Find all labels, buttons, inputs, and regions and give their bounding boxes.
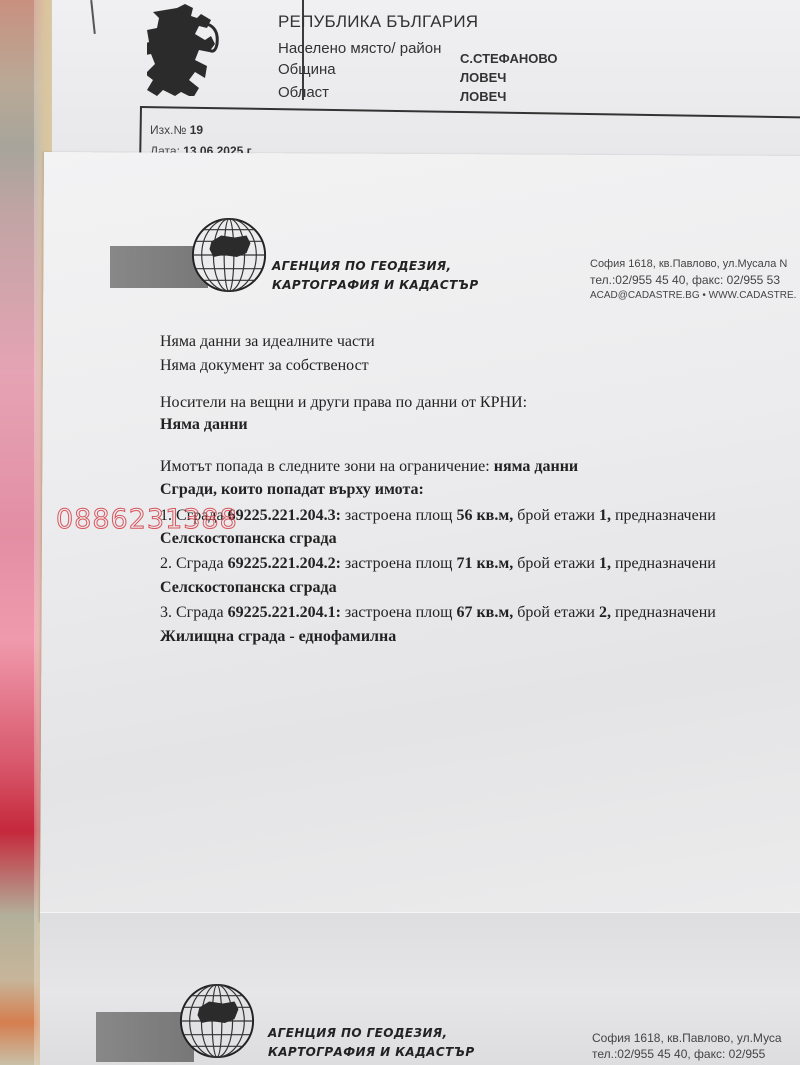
agency-contacts-2: София 1618, кв.Павлово, ул.Муса тел.:02/… <box>592 1030 782 1062</box>
building-3-purpose: Жилищна сграда - еднофамилна <box>160 628 396 645</box>
agency-contacts: София 1618, кв.Павлово, ул.Мусала N тел.… <box>590 256 796 304</box>
building-2: 2. Сграда 69225.221.204.2: застроена пло… <box>160 555 716 573</box>
holders-heading: Носители на вещни и други права по данни… <box>160 394 527 412</box>
agency-name: АГЕНЦИЯ ПО ГЕОДЕЗИЯ, КАРТОГРАФИЯ И КАДАС… <box>272 257 479 295</box>
globe-logo-icon <box>190 216 268 294</box>
building-prefix: 2. Сграда <box>160 555 224 572</box>
building-3: 3. Сграда 69225.221.204.1: застроена пло… <box>160 604 716 622</box>
agency-address: София 1618, кв.Павлово, ул.Мусала N <box>590 256 796 272</box>
agency-phone-fax-2: тел.:02/955 45 40, факс: 02/955 <box>592 1046 782 1062</box>
pin-mark <box>90 0 96 34</box>
building-floors: 1, <box>599 507 611 524</box>
area-label: застроена площ <box>345 507 453 524</box>
region-value: ЛОВЕЧ <box>460 89 506 104</box>
floors-label: брой етажи <box>517 507 595 524</box>
agency-phone-fax: тел.:02/955 45 40, факс: 02/955 53 <box>590 272 796 288</box>
outgoing-number-label: Изх.№ <box>150 123 186 137</box>
region-label: Област <box>278 84 329 101</box>
no-ideal-parts: Няма данни за идеалните части <box>160 333 375 351</box>
outgoing-number: Изх.№ 19 <box>150 123 203 137</box>
municipality-label: Община <box>278 61 336 78</box>
building-area: 71 кв.м, <box>456 555 513 572</box>
locality-label: Населено място/ район <box>278 40 441 57</box>
building-floors: 1, <box>599 555 611 572</box>
zones-text: Имотът попада в следните зони на огранич… <box>160 458 490 475</box>
agency-email-web: ACAD@CADASTRE.BG • WWW.CADASTRE. <box>590 288 796 304</box>
agency-name-2: АГЕНЦИЯ ПО ГЕОДЕЗИЯ, КАРТОГРАФИЯ И КАДАС… <box>268 1024 475 1062</box>
purpose-label: предназначени <box>615 604 716 621</box>
agency-address-2: София 1618, кв.Павлово, ул.Муса <box>592 1030 782 1046</box>
municipality-value: ЛОВЕЧ <box>460 70 506 85</box>
zones-value: няма данни <box>494 458 578 475</box>
agency-name-2-line2: КАРТОГРАФИЯ И КАДАСТЪР <box>268 1043 475 1062</box>
floors-label: брой етажи <box>517 555 595 572</box>
outgoing-number-value: 19 <box>190 123 203 137</box>
building-floors: 2, <box>599 604 611 621</box>
country-title: РЕПУБЛИКА БЪЛГАРИЯ <box>278 12 478 32</box>
purpose-label: предназначени <box>615 555 716 572</box>
floors-label: брой етажи <box>517 604 595 621</box>
building-prefix: 3. Сграда <box>160 604 224 621</box>
phone-watermark: 0886231388 <box>56 504 238 535</box>
building-id: 69225.221.204.2: <box>228 555 341 572</box>
building-area: 56 кв.м, <box>456 507 513 524</box>
agency-name-line2: КАРТОГРАФИЯ И КАДАСТЪР <box>272 276 479 295</box>
building-id: 69225.221.204.1: <box>228 604 341 621</box>
buildings-heading: Сгради, които попадат върху имота: <box>160 481 424 498</box>
building-area: 67 кв.м, <box>456 604 513 621</box>
building-id: 69225.221.204.3: <box>228 507 341 524</box>
holders-value: Няма данни <box>160 416 248 433</box>
building-2-purpose: Селскостопанска сграда <box>160 579 337 596</box>
restriction-zones: Имотът попада в следните зони на огранич… <box>160 458 578 476</box>
agency-name-2-line1: АГЕНЦИЯ ПО ГЕОДЕЗИЯ, <box>268 1024 475 1043</box>
purpose-label: предназначени <box>615 507 716 524</box>
building-1: 1. Сграда 69225.221.204.3: застроена пло… <box>160 507 716 525</box>
area-label: застроена площ <box>345 604 453 621</box>
area-label: застроена площ <box>345 555 453 572</box>
globe-logo-icon-2 <box>178 982 256 1060</box>
agency-name-line1: АГЕНЦИЯ ПО ГЕОДЕЗИЯ, <box>272 257 479 276</box>
no-ownership-doc: Няма документ за собственост <box>160 357 369 375</box>
coat-of-arms-lion-icon <box>147 4 227 96</box>
locality-value: С.СТЕФАНОВО <box>460 51 558 66</box>
